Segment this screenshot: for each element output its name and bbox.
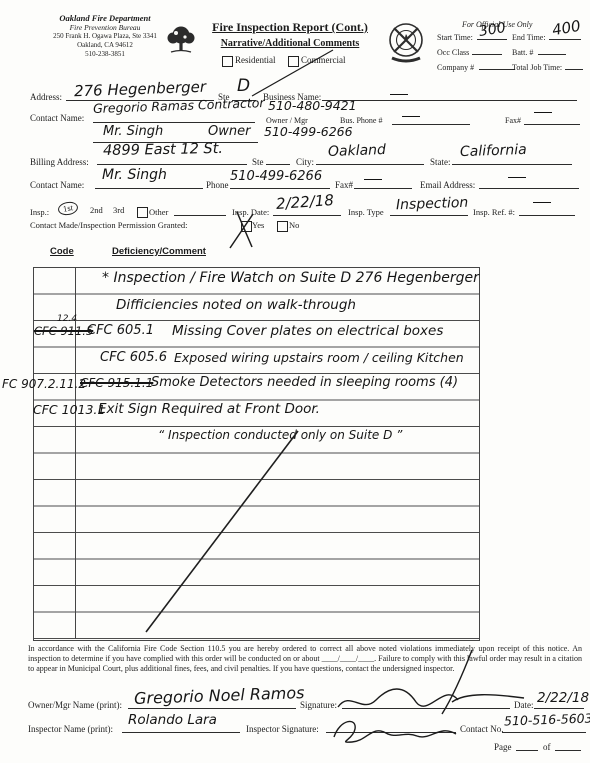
handwritten-dash: [508, 177, 526, 178]
owner-name-label: Owner/Mgr Name (print):: [28, 700, 122, 710]
comment-note-1: * Inspection / Fire Watch on Suite D 276…: [102, 270, 479, 286]
inspector-name-label: Inspector Name (print):: [28, 724, 113, 734]
other-line: [174, 203, 226, 216]
department-phone: 510-238-3851: [25, 50, 185, 59]
comment-note-5: Smoke Detectors needed in sleeping rooms…: [151, 375, 458, 390]
ste-value: D: [237, 76, 250, 96]
title-block: Fire Inspection Report (Cont.) Narrative…: [198, 20, 382, 49]
billing-address-label: Billing Address:: [30, 157, 89, 167]
no-label: No: [289, 220, 299, 230]
page-label: Page: [494, 742, 512, 752]
department-city: Oakland, CA 94612: [25, 41, 185, 50]
residential-label: Residential: [235, 55, 276, 65]
contact1-phone-value: 510-480-9421: [268, 98, 357, 113]
contact-no-label: Contact No.: [460, 724, 504, 734]
page-title: Fire Inspection Report (Cont.): [198, 20, 382, 35]
comment-note-6: Exit Sign Required at Front Door.: [98, 401, 320, 417]
handwritten-dash: [533, 202, 551, 203]
other-label: Other: [149, 207, 168, 217]
city-value: Oakland: [328, 142, 386, 160]
signature-label: Signature:: [300, 700, 337, 710]
contact3-name-value: Mr. Singh: [102, 167, 167, 183]
page-subtitle: Narrative/Additional Comments: [198, 38, 382, 49]
inspector-name-value: Rolando Lara: [128, 712, 217, 728]
department-name: Oakland Fire Department: [25, 14, 185, 23]
insp-third: 3rd: [113, 205, 124, 215]
fax1-label: Fax#: [505, 116, 521, 125]
state-label: State:: [430, 157, 451, 167]
total-job-time-line: [565, 57, 583, 70]
code-struck-cfc-915-1-1: CFC 915.1.1: [80, 376, 153, 390]
comment-note-4: Exposed wiring upstairs room / ceiling K…: [174, 350, 464, 365]
date-value: 2/22/18: [537, 690, 589, 706]
permission-label: Contact Made/Inspection Permission Grant…: [30, 220, 187, 230]
contact-no-value: 510-516-5603: [504, 710, 590, 728]
handwritten-dash: [534, 112, 552, 113]
contact2-phone-value: 510-499-6266: [264, 124, 353, 139]
commercial-label: Commercial: [301, 55, 346, 65]
tree-icon: [162, 25, 200, 57]
company-label: Company #: [437, 63, 474, 72]
fax2-label: Fax#: [335, 180, 353, 190]
address-label: Address:: [30, 92, 62, 102]
residential-checkbox: [222, 56, 233, 67]
no-checkbox: [277, 221, 288, 232]
insp-ref-label: Insp. Ref. #:: [473, 207, 515, 217]
billing-ste-line: [266, 152, 290, 165]
start-time-label: Start Time:: [437, 33, 473, 42]
handwritten-dash: [390, 94, 408, 95]
contact-name-label: Contact Name:: [30, 113, 84, 123]
comment-note-3: Missing Cover plates on electrical boxes: [172, 323, 443, 339]
signature-line: [342, 696, 510, 709]
page-total-line: [555, 738, 581, 751]
insp-second: 2nd: [90, 205, 103, 215]
scanned-fire-inspection-form: { "dept": { "name": "Oakland Fire Depart…: [0, 0, 590, 763]
contact-name2-label: Contact Name:: [30, 180, 84, 190]
city-label: City:: [296, 157, 314, 167]
fax1-line: [524, 112, 580, 125]
code-fc-907-2-11-2: FC 907.2.11.2: [2, 377, 86, 391]
phone-label: Phone: [206, 180, 229, 190]
other-checkbox: [137, 207, 148, 218]
inspector-signature-line: [326, 720, 456, 733]
page-of-label: of: [543, 742, 551, 752]
legal-notice-text: In accordance with the California Fire C…: [28, 644, 582, 673]
billing-ste-label: Ste: [252, 157, 264, 167]
insp-date-label: Insp. Date:: [232, 207, 269, 217]
handwritten-dash: [364, 179, 382, 180]
date-label: Date:: [514, 700, 534, 710]
business-name-line: [322, 88, 577, 101]
comment-note-7: “ Inspection conducted only on Suite D ”: [158, 428, 402, 442]
page-number-line: [516, 738, 538, 751]
end-time-label: End Time:: [512, 33, 546, 42]
fire-department-badge-icon: [386, 20, 426, 68]
department-address: 250 Frank H. Ogawa Plaza, Ste 3341: [25, 32, 185, 41]
contact3-phone-value: 510-499-6266: [230, 169, 322, 184]
total-job-time-label: Total Job Time:: [512, 63, 562, 72]
email-label: Email Address:: [420, 180, 475, 190]
company-line: [479, 57, 515, 70]
comment-note-2: Difficiencies noted on walk-through: [116, 297, 356, 313]
insp-type-label: Insp. Type: [348, 207, 384, 217]
billing-address-value: 4899 East 12 St.: [103, 141, 223, 159]
insp-type-value: Inspection: [396, 195, 469, 214]
department-block: Oakland Fire Department Fire Prevention …: [25, 14, 185, 59]
batt-line: [538, 42, 566, 55]
fax2-line: [354, 176, 412, 189]
insp-first-circled: 1st: [57, 200, 79, 216]
code-struck-cfc-911-5: CFC 911.5: [34, 324, 93, 338]
code-superscript-note: 12.4: [57, 314, 77, 324]
code-cfc-605-1: CFC 605.1: [87, 323, 154, 338]
handwritten-dash: [402, 116, 420, 117]
insp-ref-line: [519, 203, 575, 216]
occ-class-label: Occ Class: [437, 48, 469, 57]
bus-phone-line: [392, 112, 470, 125]
batt-label: Batt. #: [512, 48, 533, 57]
department-bureau: Fire Prevention Bureau: [25, 23, 185, 32]
comment-column-header: Deficiency/Comment: [112, 246, 206, 257]
yes-checkbox: [241, 221, 252, 232]
commercial-checkbox: [288, 56, 299, 67]
state-value: California: [460, 142, 527, 160]
yes-label: Yes: [252, 220, 264, 230]
occ-class-line: [472, 42, 502, 55]
code-cfc-605-6: CFC 605.6: [100, 350, 167, 365]
email-line: [479, 176, 579, 189]
code-column-header: Code: [50, 246, 74, 257]
insp-label: Insp.:: [30, 207, 49, 217]
code-cfc-1013-1: CFC 1013.1: [33, 402, 105, 417]
inspector-signature-label: Inspector Signature:: [246, 724, 319, 734]
